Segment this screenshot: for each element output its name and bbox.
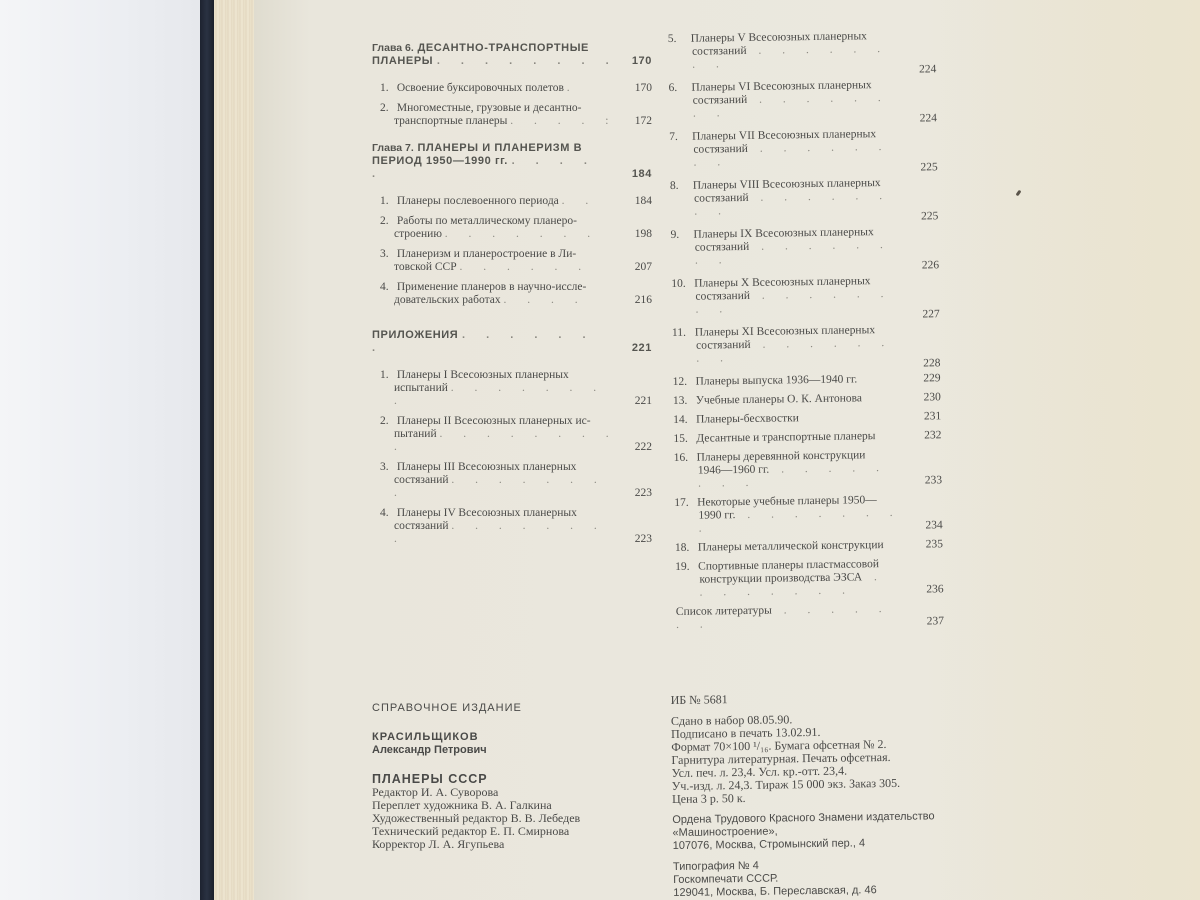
page-number: 198 xyxy=(620,228,652,241)
edition-type: СПРАВОЧНОЕ ИЗДАНИЕ xyxy=(372,702,662,715)
page-number: 234 xyxy=(911,519,943,532)
toc-item: 4. Применение планеров в научно-иссле- д… xyxy=(372,281,652,307)
page-number: 170 xyxy=(620,82,652,95)
page-number: 170 xyxy=(620,55,652,68)
toc-item: 18. Планеры металлической конструкции235 xyxy=(675,538,943,555)
imprint-left: СПРАВОЧНОЕ ИЗДАНИЕ КРАСИЛЬЩИКОВ Александ… xyxy=(372,702,662,851)
page-number: 228 xyxy=(908,357,940,370)
page-number: 184 xyxy=(620,168,652,181)
print-detail: Цена 3 р. 50 к. xyxy=(672,789,972,806)
page-number: 230 xyxy=(909,391,941,404)
toc-item: 3. Планеры III Всесоюзных планерных сост… xyxy=(372,461,652,500)
toc-right-column: 5. Планеры V Всесоюзных планерныхсостяза… xyxy=(668,29,944,638)
page-number: 184 xyxy=(620,195,652,208)
toc-item: 13. Учебные планеры О. К. Антонова230 xyxy=(673,391,941,408)
toc-left-column: Глава 6. ДЕСАНТНО-ТРАНСПОРТНЫЕ ПЛАНЕРЫ .… xyxy=(372,42,652,553)
toc-item: 8. Планеры VIII Всесоюзных планерныхсост… xyxy=(670,176,939,219)
toc-item: 3. Планеризм и планеростроение в Ли- тов… xyxy=(372,248,652,274)
toc-bibliography: Список литературы . . . . . . .237 xyxy=(676,602,944,632)
toc-item: 2. Работы по металлическому планеро- стр… xyxy=(372,215,652,241)
page-number: 207 xyxy=(620,261,652,274)
toc-item: 19. Спортивные планеры пластмассовойконс… xyxy=(675,557,944,600)
page-number: 172 xyxy=(620,115,652,128)
publisher-line: 107076, Москва, Стромынский пер., 4 xyxy=(673,836,973,853)
page-number: 235 xyxy=(911,538,943,551)
toc-chapter-6: Глава 6. ДЕСАНТНО-ТРАНСПОРТНЫЕ ПЛАНЕРЫ .… xyxy=(372,42,652,68)
toc-item: 2. Многоместные, грузовые и десантно- тр… xyxy=(372,102,652,128)
toc-item: 4. Планеры IV Всесоюзных планерных состя… xyxy=(372,507,652,546)
toc-item: 15. Десантные и транспортные планеры232 xyxy=(673,429,941,446)
toc-item: 2. Планеры II Всесоюзных планерных ис- п… xyxy=(372,415,652,454)
toc-item: 10. Планеры X Всесоюзных планерныхсостяз… xyxy=(671,274,940,317)
page-number: 229 xyxy=(909,372,941,385)
page-number: 224 xyxy=(904,63,936,76)
toc-item: 1. Планеры I Всесоюзных планерных испыта… xyxy=(372,369,652,408)
page-number: 225 xyxy=(906,161,938,174)
toc-item: 1. Планеры послевоенного периода . . 184 xyxy=(372,195,652,208)
imprint-right: ИБ № 5681 Сдано в набор 08.05.90. Подпис… xyxy=(671,690,974,900)
toc-item: 14. Планеры-бесхвостки231 xyxy=(673,410,941,427)
toc-item: 5. Планеры V Всесоюзных планерныхсостяза… xyxy=(668,29,937,72)
author-name: Александр Петрович xyxy=(372,744,662,757)
page-number: 231 xyxy=(909,410,941,423)
page-number: 222 xyxy=(620,441,652,454)
toc-item: 17. Некоторые учебные планеры 1950—1990 … xyxy=(674,493,943,536)
credit-line: Корректор Л. А. Ягупьева xyxy=(372,838,662,851)
page-number: 223 xyxy=(620,487,652,500)
page-number: 216 xyxy=(620,294,652,307)
ib-number: ИБ № 5681 xyxy=(671,690,971,707)
toc-item: 12. Планеры выпуска 1936—1940 гг.229 xyxy=(673,372,941,389)
toc-item: 9. Планеры IX Всесоюзных планерныхсостяз… xyxy=(671,225,940,268)
page-number: 226 xyxy=(907,259,939,272)
page-number: 223 xyxy=(620,533,652,546)
page-number: 227 xyxy=(908,308,940,321)
toc-item: 16. Планеры деревянной конструкции1946—1… xyxy=(674,448,943,491)
toc-appendix: ПРИЛОЖЕНИЯ . . . . . . . 221 xyxy=(372,329,652,355)
page-number: 237 xyxy=(912,615,944,628)
page-edges xyxy=(214,0,254,900)
page-number: 232 xyxy=(909,429,941,442)
toc-item: 1. Освоение буксировочных полетов . 170 xyxy=(372,82,652,95)
page-number: 224 xyxy=(905,112,937,125)
toc-item: 11. Планеры XI Всесоюзных планерныхсостя… xyxy=(672,323,941,366)
author-surname: КРАСИЛЬЩИКОВ xyxy=(372,731,662,744)
page-number: 221 xyxy=(620,395,652,408)
page-number: 221 xyxy=(620,342,652,355)
toc-item: 7. Планеры VII Всесоюзных планерныхсостя… xyxy=(669,127,938,170)
page-number: 233 xyxy=(910,474,942,487)
toc-item: 6. Планеры VI Всесоюзных планерныхсостяз… xyxy=(668,78,937,121)
book-cover-edge xyxy=(200,0,214,900)
toc-chapter-7: Глава 7. ПЛАНЕРЫ И ПЛАНЕРИЗМ В ПЕРИОД 19… xyxy=(372,142,652,181)
table-surface xyxy=(0,0,200,900)
page-number: 236 xyxy=(911,583,943,596)
page-number: 225 xyxy=(906,210,938,223)
